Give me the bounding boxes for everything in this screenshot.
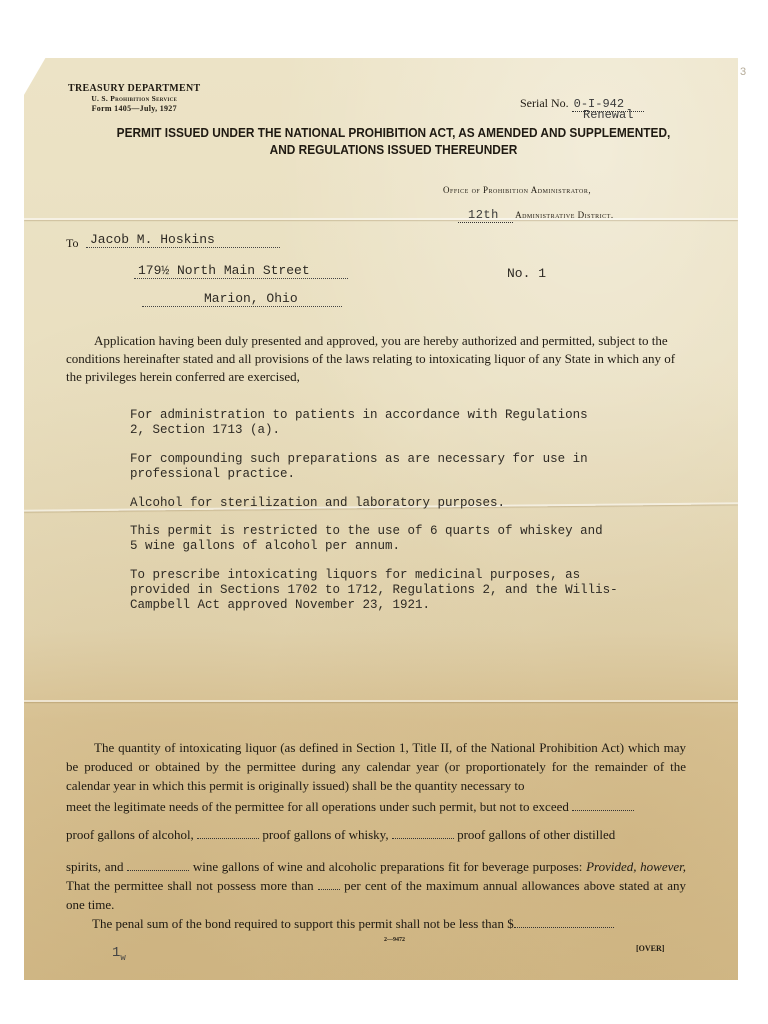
spirits-paragraph: spirits, and wine gallons of wine and al…: [66, 857, 686, 914]
form-number: Form 1405—July, 1927: [68, 104, 201, 114]
fold-crease: [24, 218, 738, 220]
possess-text: That the permittee shall not possess mor…: [66, 878, 314, 893]
office-label: Office of Prohibition Administrator,: [443, 185, 591, 195]
condition-item: Alcohol for sterilization and laboratory…: [130, 496, 610, 511]
to-label: To: [66, 236, 79, 251]
district-label: Administrative District.: [515, 210, 614, 220]
exceed-line: meet the legitimate needs of the permitt…: [66, 799, 686, 815]
recipient-name: Jacob M. Hoskins: [86, 232, 280, 248]
application-paragraph: Application having been duly presented a…: [66, 332, 692, 386]
service-name: U. S. Prohibition Service: [68, 94, 201, 104]
department-header: TREASURY DEPARTMENT U. S. Prohibition Se…: [68, 84, 201, 114]
serial-note: Renewal: [583, 108, 633, 122]
handwritten-mark: 1w: [112, 945, 126, 963]
blank-field: [318, 879, 340, 890]
wine-text: wine gallons of wine and alcoholic prepa…: [193, 859, 583, 874]
recipient-street: 179½ North Main Street: [134, 263, 348, 279]
blank-field: [514, 917, 614, 928]
blank-field: [197, 828, 259, 839]
blank-field: [392, 828, 454, 839]
blank-field: [127, 860, 189, 871]
blank-field: [572, 800, 634, 811]
bond-line: The penal sum of the bond required to su…: [92, 916, 712, 932]
condition-item: For administration to patients in accord…: [130, 408, 610, 438]
district: 12th Administrative District.: [458, 208, 614, 222]
form-code: 2—9472: [384, 937, 405, 943]
gallons-whisky-text: proof gallons of whisky,: [262, 827, 388, 842]
bond-text: The penal sum of the bond required to su…: [92, 916, 514, 931]
condition-item: For compounding such preparations as are…: [130, 452, 610, 482]
fold-crease: [24, 700, 738, 702]
exceed-text: meet the legitimate needs of the permitt…: [66, 799, 569, 814]
title-line-1: PERMIT ISSUED UNDER THE NATIONAL PROHIBI…: [74, 124, 713, 141]
page-title: PERMIT ISSUED UNDER THE NATIONAL PROHIBI…: [74, 124, 713, 158]
spirits-text: spirits, and: [66, 859, 123, 874]
gallons-alcohol-text: proof gallons of alcohol,: [66, 827, 194, 842]
department-name: TREASURY DEPARTMENT: [68, 84, 201, 94]
over-label: [OVER]: [636, 944, 664, 953]
gallons-line: proof gallons of alcohol, proof gallons …: [66, 827, 686, 843]
provided-text: Provided, however,: [586, 859, 686, 874]
recipient-city: Marion, Ohio: [142, 291, 342, 307]
quantity-paragraph: The quantity of intoxicating liquor (as …: [66, 738, 686, 795]
pencil-mark: 3: [740, 66, 746, 78]
title-line-2: AND REGULATIONS ISSUED THEREUNDER: [74, 141, 713, 158]
gallons-other-text: proof gallons of other distilled: [457, 827, 615, 842]
district-value: 12th: [458, 208, 513, 223]
serial-label: Serial No.: [520, 96, 569, 110]
condition-item: To prescribe intoxicating liquors for me…: [130, 568, 630, 613]
permit-number: No. 1: [507, 266, 546, 281]
condition-item: This permit is restricted to the use of …: [130, 524, 610, 554]
